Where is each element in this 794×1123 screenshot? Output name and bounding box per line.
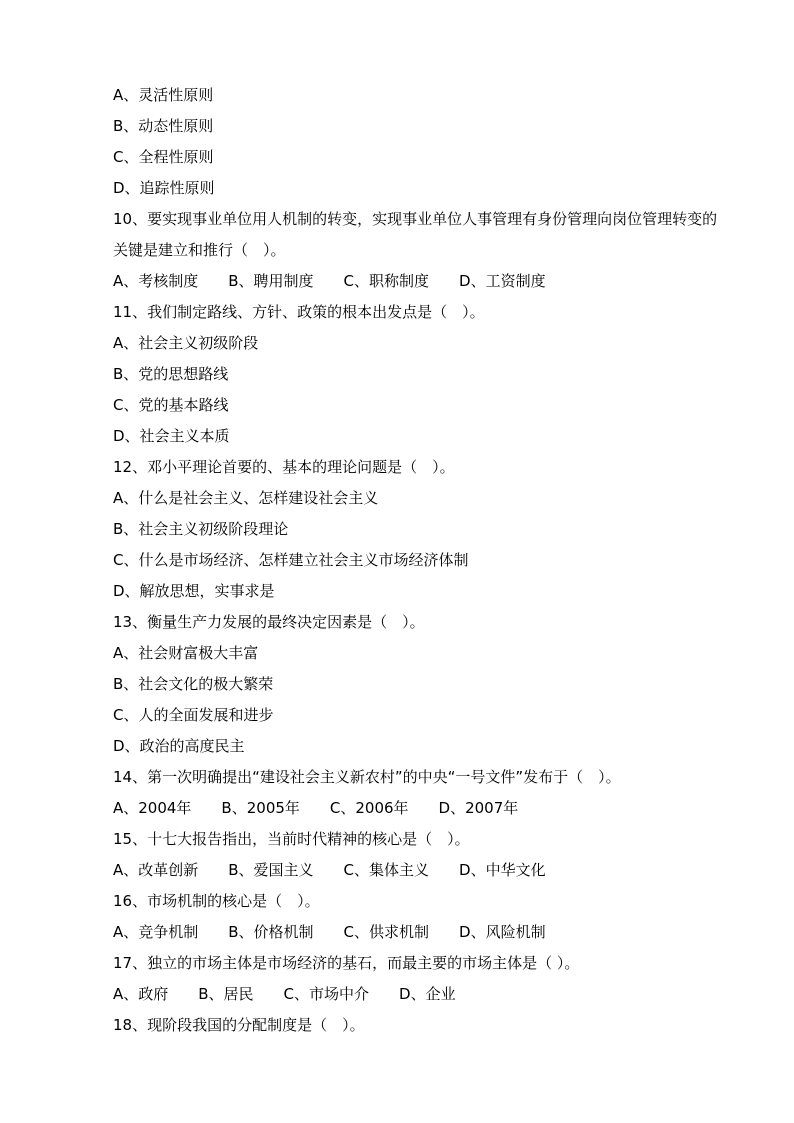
document-page: A、灵活性原则 B、动态性原则 C、全程性原则 D、追踪性原则 10、要实现事业…: [0, 0, 794, 1123]
q16-options: A、竞争机制 B、价格机制 C、供求机制 D、风险机制: [113, 917, 753, 948]
q10-stem-line-1: 10、要实现事业单位用人机制的转变，实现事业单位人事管理有身份管理向岗位管理转变…: [113, 204, 753, 235]
q11-stem: 11、我们制定路线、方针、政策的根本出发点是（ ）。: [113, 297, 753, 328]
q17-stem: 17、独立的市场主体是市场经济的基石，而最主要的市场主体是（ ）。: [113, 948, 753, 979]
q12-option-b: B、社会主义初级阶段理论: [113, 514, 753, 545]
q10-stem-line-2: 关键是建立和推行（ ）。: [113, 235, 753, 266]
q9-option-d: D、追踪性原则: [113, 173, 753, 204]
q13-option-d: D、政治的高度民主: [113, 731, 753, 762]
q13-option-b: B、社会文化的极大繁荣: [113, 669, 753, 700]
q14-options: A、2004年 B、2005年 C、2006年 D、2007年: [113, 793, 753, 824]
q11-option-d: D、社会主义本质: [113, 421, 753, 452]
q13-option-a: A、社会财富极大丰富: [113, 638, 753, 669]
q15-stem: 15、十七大报告指出，当前时代精神的核心是（ ）。: [113, 824, 753, 855]
q10-options: A、考核制度 B、聘用制度 C、职称制度 D、工资制度: [113, 266, 753, 297]
document-text-block: A、灵活性原则 B、动态性原则 C、全程性原则 D、追踪性原则 10、要实现事业…: [113, 80, 753, 1041]
q13-option-c: C、人的全面发展和进步: [113, 700, 753, 731]
q12-option-c: C、什么是市场经济、怎样建立社会主义市场经济体制: [113, 545, 753, 576]
q9-option-a: A、灵活性原则: [113, 80, 753, 111]
q11-option-a: A、社会主义初级阶段: [113, 328, 753, 359]
q18-stem: 18、现阶段我国的分配制度是（ ）。: [113, 1010, 753, 1041]
q12-option-a: A、什么是社会主义、怎样建设社会主义: [113, 483, 753, 514]
q12-option-d: D、解放思想，实事求是: [113, 576, 753, 607]
q14-stem: 14、第一次明确提出“建设社会主义新农村”的中央“一号文件”发布于（ ）。: [113, 762, 753, 793]
q13-stem: 13、衡量生产力发展的最终决定因素是（ ）。: [113, 607, 753, 638]
q12-stem: 12、邓小平理论首要的、基本的理论问题是（ ）。: [113, 452, 753, 483]
q16-stem: 16、市场机制的核心是（ ）。: [113, 886, 753, 917]
q15-options: A、改革创新 B、爱国主义 C、集体主义 D、中华文化: [113, 855, 753, 886]
q9-option-c: C、全程性原则: [113, 142, 753, 173]
q17-options: A、政府 B、居民 C、市场中介 D、企业: [113, 979, 753, 1010]
q9-option-b: B、动态性原则: [113, 111, 753, 142]
q11-option-b: B、党的思想路线: [113, 359, 753, 390]
q11-option-c: C、党的基本路线: [113, 390, 753, 421]
